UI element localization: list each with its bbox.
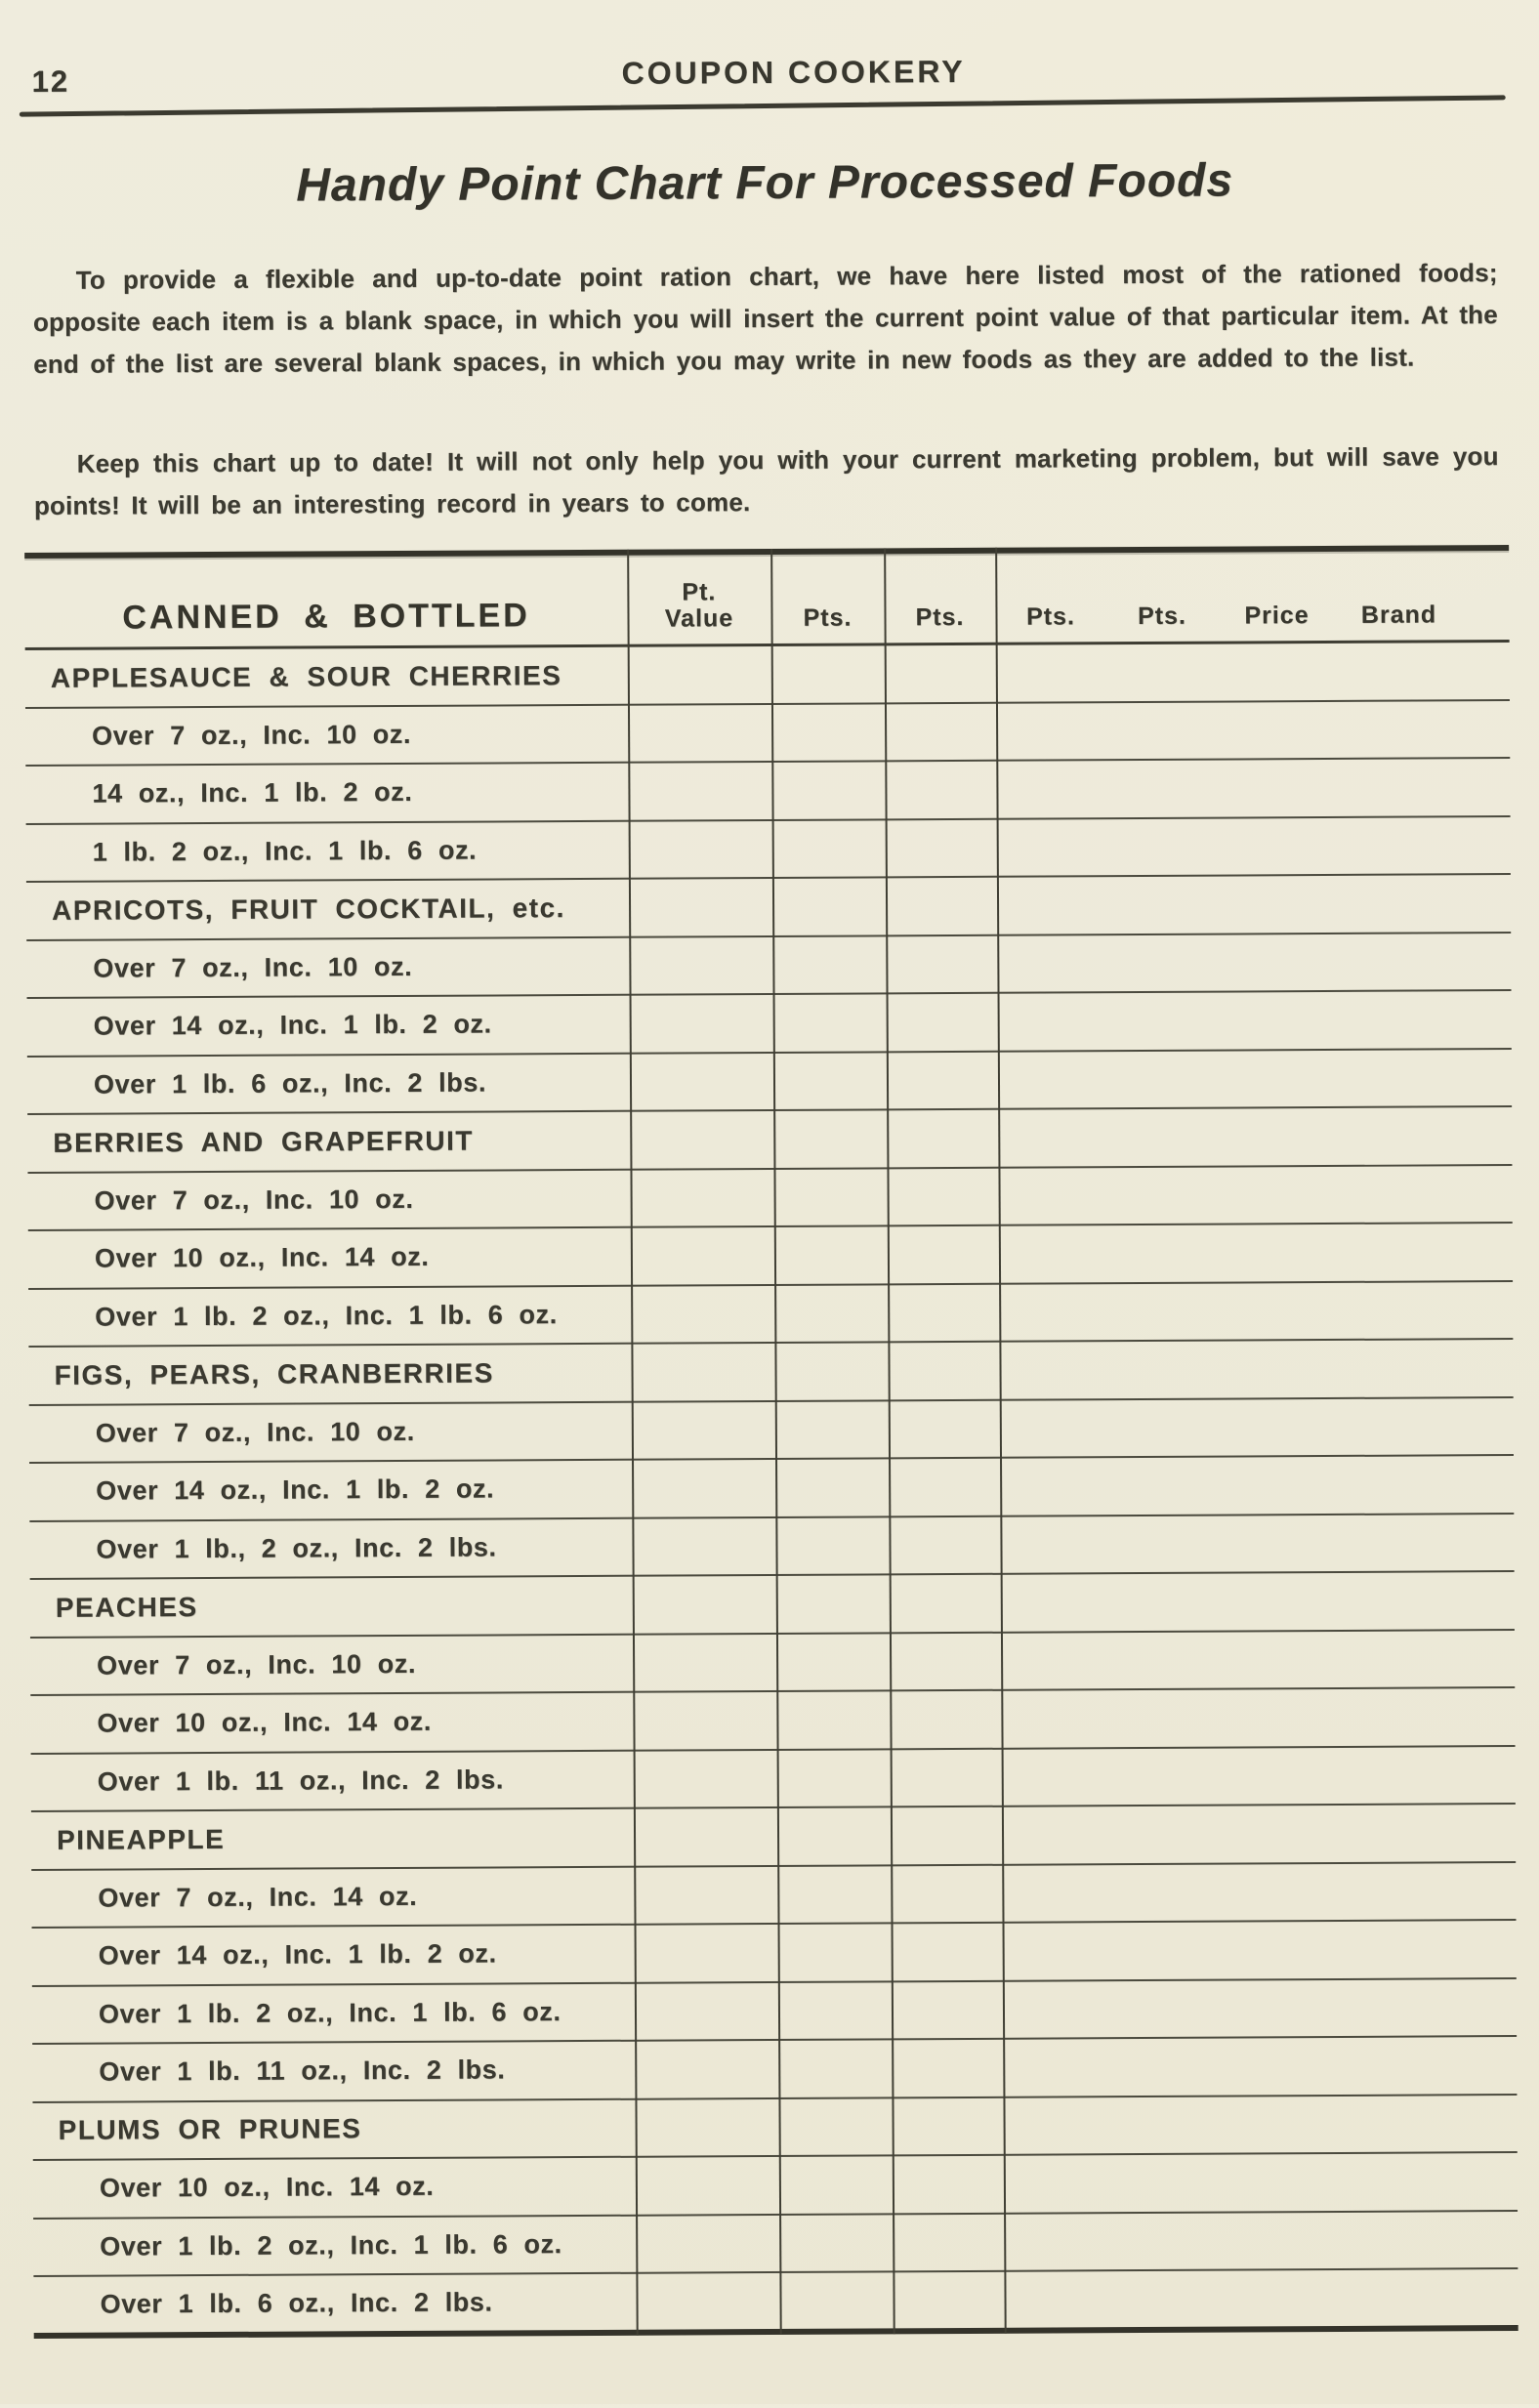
point-chart-table: CANNED & BOTTLED Pt. Value Pts. Pts. Pts… [24, 545, 1518, 2339]
row-label: Over 1 lb. 11 oz., Inc. 2 lbs. [31, 1764, 504, 1798]
column-header-pt-value: Pt. Value [627, 579, 770, 644]
table-header-row: CANNED & BOTTLED Pt. Value Pts. Pts. Pts… [24, 551, 1509, 650]
column-header-pts-1: Pts. [770, 604, 884, 644]
category-row: APRICOTS, FRUIT COCKTAIL, etc. [26, 875, 1511, 940]
item-row: Over 1 lb., 2 oz., Inc. 2 lbs. [29, 1515, 1514, 1580]
row-label: Over 14 oz., Inc. 1 lb. 2 oz. [32, 1939, 497, 1972]
item-row: Over 7 oz., Inc. 10 oz. [30, 1631, 1515, 1696]
category-row: BERRIES AND GRAPEFRUIT [27, 1107, 1512, 1173]
item-row: Over 7 oz., Inc. 10 oz. [27, 1166, 1512, 1231]
item-row: Over 7 oz., Inc. 10 oz. [26, 934, 1511, 999]
row-label: Over 7 oz., Inc. 10 oz. [30, 1649, 416, 1681]
column-header-pts-2: Pts. [884, 604, 995, 644]
column-header-canned-bottled: CANNED & BOTTLED [24, 602, 627, 647]
category-row: PINEAPPLE [31, 1805, 1516, 1870]
row-label: Over 14 oz., Inc. 1 lb. 2 oz. [27, 1010, 492, 1042]
row-label: 1 lb. 2 oz., Inc. 1 lb. 6 oz. [26, 835, 478, 867]
row-label: Over 1 lb. 2 oz., Inc. 1 lb. 6 oz. [28, 1300, 558, 1333]
chart-title: Handy Point Chart For Processed Foods [0, 152, 1534, 214]
item-row: Over 1 lb. 2 oz., Inc. 1 lb. 6 oz. [32, 1979, 1517, 2045]
row-label: Over 10 oz., Inc. 14 oz. [28, 1242, 430, 1274]
item-row: Over 7 oz., Inc. 14 oz. [31, 1863, 1516, 1929]
row-label: PLUMS OR PRUNES [33, 2113, 362, 2146]
row-label: Over 1 lb. 2 oz., Inc. 1 lb. 6 oz. [33, 2229, 562, 2263]
row-label: Over 7 oz., Inc. 10 oz. [28, 1184, 414, 1217]
row-label: PINEAPPLE [31, 1824, 225, 1856]
header-spacer [1463, 628, 1510, 640]
header-rule [20, 95, 1506, 116]
item-row: Over 14 oz., Inc. 1 lb. 2 oz. [29, 1456, 1514, 1521]
category-row: FIGS, PEARS, CRANBERRIES [28, 1340, 1513, 1405]
item-row: Over 1 lb. 6 oz., Inc. 2 lbs. [33, 2269, 1518, 2339]
item-row: Over 10 oz., Inc. 14 oz. [30, 1688, 1515, 1754]
category-row: PEACHES [30, 1572, 1515, 1638]
row-label: Over 1 lb. 6 oz., Inc. 2 lbs. [27, 1067, 486, 1100]
row-label: FIGS, PEARS, CRANBERRIES [28, 1357, 493, 1391]
item-row: Over 14 oz., Inc. 1 lb. 2 oz. [32, 1921, 1517, 1986]
row-label: APRICOTS, FRUIT COCKTAIL, etc. [26, 893, 565, 927]
row-label: Over 1 lb. 2 oz., Inc. 1 lb. 6 oz. [32, 1997, 562, 2030]
row-label: Over 1 lb., 2 oz., Inc. 2 lbs. [29, 1532, 496, 1565]
keep-chart-paragraph: Keep this chart up to date! It will not … [34, 436, 1499, 527]
running-title: COUPON COOKERY [24, 51, 1539, 95]
item-row: Over 1 lb. 11 oz., Inc. 2 lbs. [31, 1747, 1516, 1812]
column-header-pts-3: Pts. [995, 603, 1105, 643]
row-label: Over 14 oz., Inc. 1 lb. 2 oz. [29, 1474, 494, 1507]
row-label: PEACHES [30, 1592, 198, 1624]
item-row: 14 oz., Inc. 1 lb. 2 oz. [25, 759, 1510, 824]
item-row: Over 1 lb. 6 oz., Inc. 2 lbs. [27, 1050, 1512, 1115]
row-label: Over 10 oz., Inc. 14 oz. [30, 1707, 432, 1739]
column-header-price: Price [1218, 602, 1335, 642]
row-label: APPLESAUCE & SOUR CHERRIES [25, 660, 562, 694]
category-row: APPLESAUCE & SOUR CHERRIES [25, 643, 1510, 708]
book-page: 12 COUPON COOKERY Handy Point Chart For … [0, 0, 1539, 2404]
row-label: 14 oz., Inc. 1 lb. 2 oz. [25, 777, 412, 810]
row-label: Over 7 oz., Inc. 10 oz. [29, 1417, 415, 1449]
row-label: Over 1 lb. 11 oz., Inc. 2 lbs. [32, 2055, 505, 2089]
item-row: Over 1 lb. 2 oz., Inc. 1 lb. 6 oz. [28, 1282, 1513, 1348]
item-row: Over 1 lb. 11 oz., Inc. 2 lbs. [32, 2037, 1517, 2102]
item-row: Over 10 oz., Inc. 14 oz. [28, 1224, 1513, 1289]
item-row: Over 14 oz., Inc. 1 lb. 2 oz. [27, 991, 1512, 1057]
item-row: Over 7 oz., Inc. 10 oz. [25, 701, 1510, 767]
item-row: Over 1 lb. 2 oz., Inc. 1 lb. 6 oz. [33, 2212, 1518, 2277]
item-row: 1 lb. 2 oz., Inc. 1 lb. 6 oz. [26, 817, 1511, 883]
column-header-brand: Brand [1335, 602, 1462, 641]
item-row: Over 10 oz., Inc. 14 oz. [33, 2153, 1518, 2219]
item-row: Over 7 oz., Inc. 10 oz. [29, 1398, 1514, 1464]
column-header-pts-4: Pts. [1105, 603, 1218, 643]
row-label: BERRIES AND GRAPEFRUIT [27, 1125, 474, 1158]
row-label: Over 7 oz., Inc. 14 oz. [31, 1882, 417, 1914]
row-label: Over 1 lb. 6 oz., Inc. 2 lbs. [33, 2288, 492, 2320]
row-label: Over 10 oz., Inc. 14 oz. [33, 2172, 435, 2204]
row-label: Over 7 oz., Inc. 10 oz. [25, 720, 411, 752]
category-row: PLUMS OR PRUNES [32, 2096, 1517, 2161]
row-label: Over 7 oz., Inc. 10 oz. [26, 952, 412, 984]
intro-paragraph: To provide a flexible and up-to-date poi… [33, 252, 1499, 386]
